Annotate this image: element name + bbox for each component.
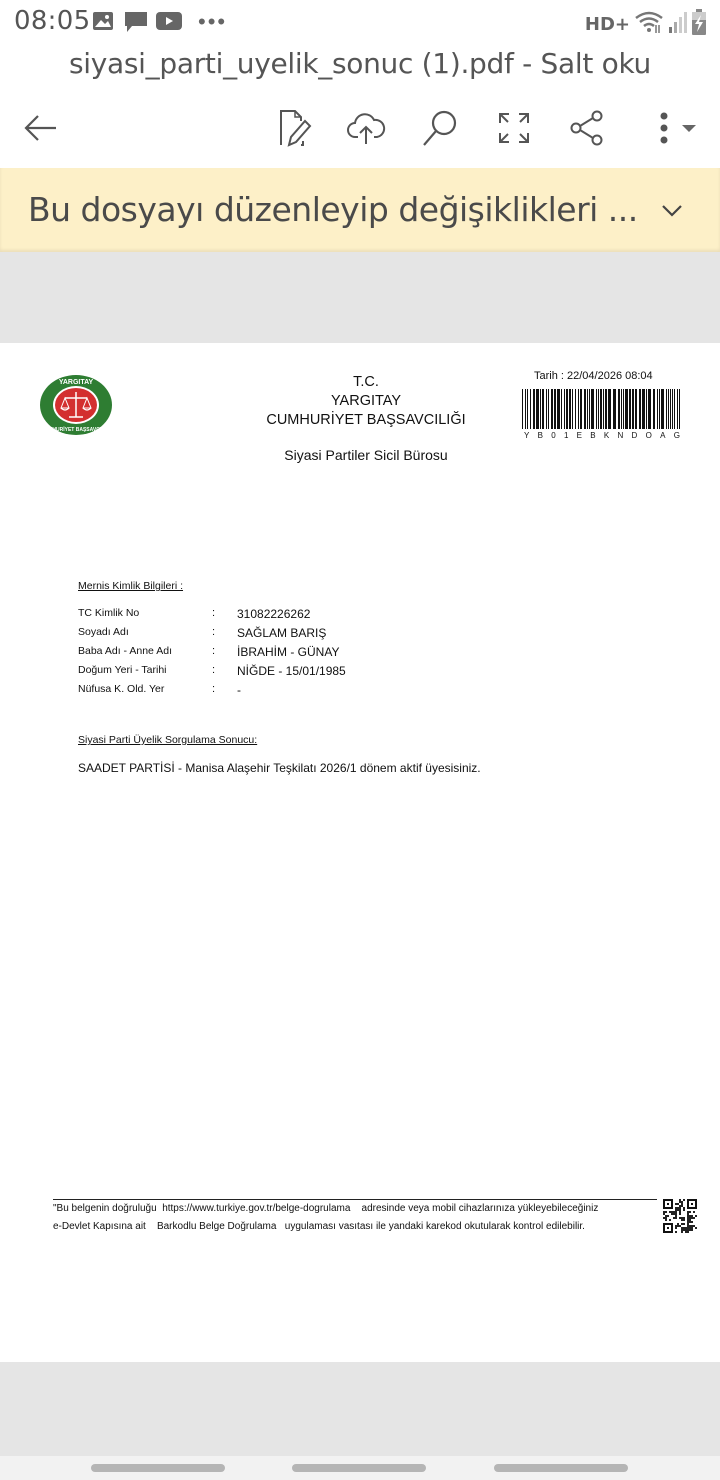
nav-handle-left[interactable]	[91, 1464, 225, 1472]
svg-text:CUMHURİYET BAŞSAVCILIĞI: CUMHURİYET BAŞSAVCILIĞI	[41, 425, 112, 433]
header-bureau: Siyasi Partiler Sicil Bürosu	[240, 446, 492, 465]
barcode-char: 0	[551, 431, 555, 440]
header-bassavcilik: CUMHURİYET BAŞSAVCILIĞI	[240, 411, 492, 430]
footer-line-1: "Bu belgenin doğruluğu https://www.turki…	[53, 1203, 598, 1214]
message-icon	[124, 11, 148, 38]
nav-handle-center[interactable]	[292, 1464, 426, 1472]
more-vert-icon	[652, 110, 698, 146]
barcode-char: B	[538, 431, 543, 440]
signal-icon	[668, 11, 688, 38]
qr-code	[663, 1199, 697, 1233]
banner-text: Bu dosyayı düzenleyip değişiklikleri ...	[28, 190, 638, 229]
header-tc: T.C.	[240, 373, 492, 392]
header-yargitay: YARGITAY	[240, 392, 492, 411]
barcode-char: D	[632, 431, 638, 440]
search-icon	[421, 109, 459, 147]
share-icon	[569, 110, 605, 146]
identity-label: Nüfusa K. Old. Yer	[78, 683, 164, 695]
pdf-viewer-app: 08:05 ••• HD+ siyasi_parti_uyelik_sonuc …	[0, 0, 720, 1480]
identity-value: -	[237, 683, 241, 697]
more-options-button[interactable]	[650, 106, 700, 150]
document-date: Tarih : 22/04/2026 08:04	[534, 370, 653, 382]
identity-separator: :	[212, 645, 215, 657]
barcode-char: E	[577, 431, 582, 440]
identity-separator: :	[212, 607, 215, 619]
upload-cloud-button[interactable]	[344, 106, 388, 150]
barcode-char: A	[660, 431, 665, 440]
document-title: siyasi_parti_uyelik_sonuc (1).pdf - Salt…	[69, 47, 651, 80]
battery-charging-icon	[692, 9, 706, 40]
edit-button[interactable]	[273, 106, 317, 150]
status-bar: 08:05 ••• HD+	[0, 0, 720, 42]
chevron-down-icon[interactable]	[658, 196, 686, 224]
page-gutter-bottom	[0, 1362, 720, 1456]
svg-text:YARGITAY: YARGITAY	[59, 379, 94, 386]
identity-separator: :	[212, 683, 215, 695]
footer-divider	[53, 1199, 657, 1200]
barcode	[520, 389, 684, 433]
nav-handle-right[interactable]	[494, 1464, 628, 1472]
identity-label: Baba Adı - Anne Adı	[78, 645, 172, 657]
edit-document-icon	[277, 109, 313, 147]
barcode-char: Y	[524, 431, 529, 440]
navigation-bar	[0, 1456, 720, 1480]
back-button[interactable]	[18, 106, 62, 150]
status-right: HD+	[585, 9, 706, 40]
fullscreen-icon	[497, 111, 531, 145]
network-label: HD+	[585, 14, 630, 35]
edit-prompt-banner[interactable]: Bu dosyayı düzenleyip değişiklikleri ...	[0, 168, 720, 252]
toolbar	[0, 88, 720, 168]
barcode-char: N	[617, 431, 623, 440]
arrow-left-icon	[22, 113, 58, 143]
image-icon	[92, 11, 114, 36]
identity-label: Doğum Yeri - Tarihi	[78, 664, 167, 676]
more-dots-icon: •••	[198, 9, 227, 35]
barcode-text: YB01EBKNDOAG	[520, 431, 684, 440]
wifi-icon	[634, 10, 664, 39]
identity-label: TC Kimlik No	[78, 607, 139, 619]
pdf-page: YARGITAY CUMHURİYET BAŞSAVCILIĞI T.C. YA…	[0, 343, 720, 1362]
barcode-char: O	[646, 431, 652, 440]
identity-value: NİĞDE - 15/01/1985	[237, 664, 346, 678]
barcode-char: G	[674, 431, 680, 440]
footer-line-2: e-Devlet Kapısına ait Barkodlu Belge Doğ…	[53, 1221, 585, 1232]
identity-value: SAĞLAM BARIŞ	[237, 626, 326, 640]
page-gutter-top	[0, 252, 720, 343]
identity-label: Soyadı Adı	[78, 626, 129, 638]
identity-value: 31082226262	[237, 607, 310, 621]
barcode-char: K	[604, 431, 609, 440]
title-bar: siyasi_parti_uyelik_sonuc (1).pdf - Salt…	[0, 42, 720, 88]
search-button[interactable]	[418, 106, 462, 150]
status-time: 08:05	[14, 6, 90, 36]
identity-separator: :	[212, 626, 215, 638]
document-header: T.C. YARGITAY CUMHURİYET BAŞSAVCILIĞI Si…	[240, 373, 492, 465]
fullscreen-button[interactable]	[492, 106, 536, 150]
barcode-char: 1	[564, 431, 568, 440]
youtube-icon	[156, 11, 182, 36]
yargitay-logo: YARGITAY CUMHURİYET BAŞSAVCILIĞI	[38, 373, 114, 437]
identity-separator: :	[212, 664, 215, 676]
cloud-upload-icon	[346, 111, 386, 145]
barcode-char: B	[590, 431, 595, 440]
identity-heading: Mernis Kimlik Bilgileri :	[78, 580, 183, 592]
result-text: SAADET PARTİSİ - Manisa Alaşehir Teşkila…	[78, 761, 481, 775]
result-heading: Siyasi Parti Üyelik Sorgulama Sonucu:	[78, 734, 257, 746]
share-button[interactable]	[565, 106, 609, 150]
identity-value: İBRAHİM - GÜNAY	[237, 645, 339, 659]
